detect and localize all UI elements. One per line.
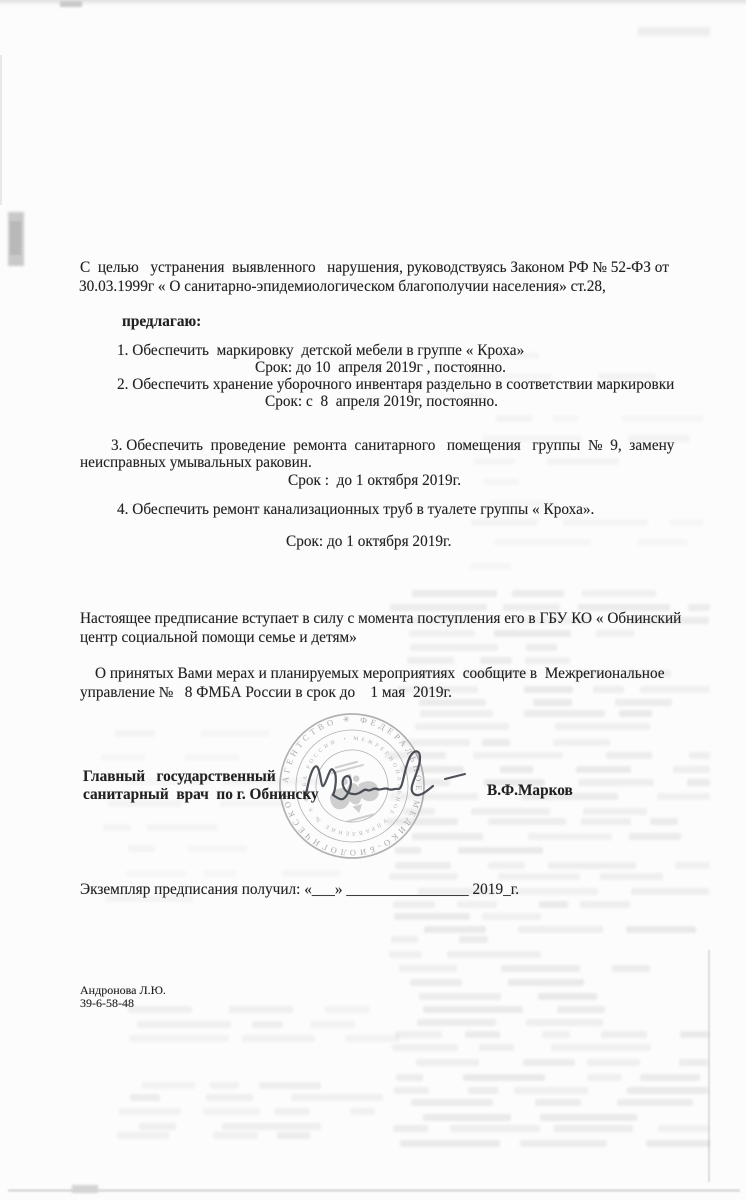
signatory-title-line: Главный государственный xyxy=(83,767,276,786)
scan-artifact-left-edge-line xyxy=(0,55,2,205)
order-deadline: Срок : до 1 октября 2019г. xyxy=(288,471,461,490)
order-deadline: Срок: с 8 апреля 2019г, постоянно. xyxy=(265,392,498,411)
scan-artifact-top-smudge xyxy=(60,1,82,7)
signatory-name: В.Ф.Марков xyxy=(487,781,573,800)
signature-scribble xyxy=(293,733,483,818)
scan-artifact-bottom-left-smudge xyxy=(72,1185,98,1193)
effective-clause-line: центр социальной помощи семье и детям» xyxy=(80,628,357,647)
proposal-heading: предлагаю: xyxy=(122,312,201,331)
order-deadline: Срок: до 1 октября 2019г. xyxy=(286,532,451,551)
report-clause-line: О принятых Вами мерах и планируемых меро… xyxy=(95,664,665,683)
effective-clause-line: Настоящее предписание вступает в силу с … xyxy=(80,609,681,628)
scan-artifact-bottom-edge-line xyxy=(8,1189,740,1192)
report-clause-line: управление № 8 ФМБА России в срок до 1 м… xyxy=(80,683,452,702)
scanned-document-page: ФЕДЕРАЛЬНОЕ МЕДИКО-БИОЛОГИЧЕСКОЕ АГЕНТСТ… xyxy=(0,0,746,1200)
intro-line: С целью устранения выявленного нарушения… xyxy=(80,258,669,277)
order-item-text: 4. Обеспечить ремонт канализационных тру… xyxy=(117,500,594,519)
signatory-title-line: санитарный врач по г. Обнинску xyxy=(83,785,319,804)
receipt-line: Экземпляр предписания получил: «___» ___… xyxy=(80,880,519,899)
order-item-text: неисправных умывальных раковин. xyxy=(80,453,312,472)
scan-artifact-top-right-smudge xyxy=(638,27,710,36)
intro-line: 30.03.1999г « О санитарно-эпидемиологиче… xyxy=(79,277,606,296)
scan-artifact-left-smudge-core xyxy=(10,221,21,255)
scan-artifact-top-edge xyxy=(0,0,746,6)
executor-phone: 39-6-58-48 xyxy=(80,997,134,1010)
scan-artifact-right-fold-line xyxy=(708,950,710,1182)
scan-artifact-left-smudge xyxy=(8,212,24,266)
